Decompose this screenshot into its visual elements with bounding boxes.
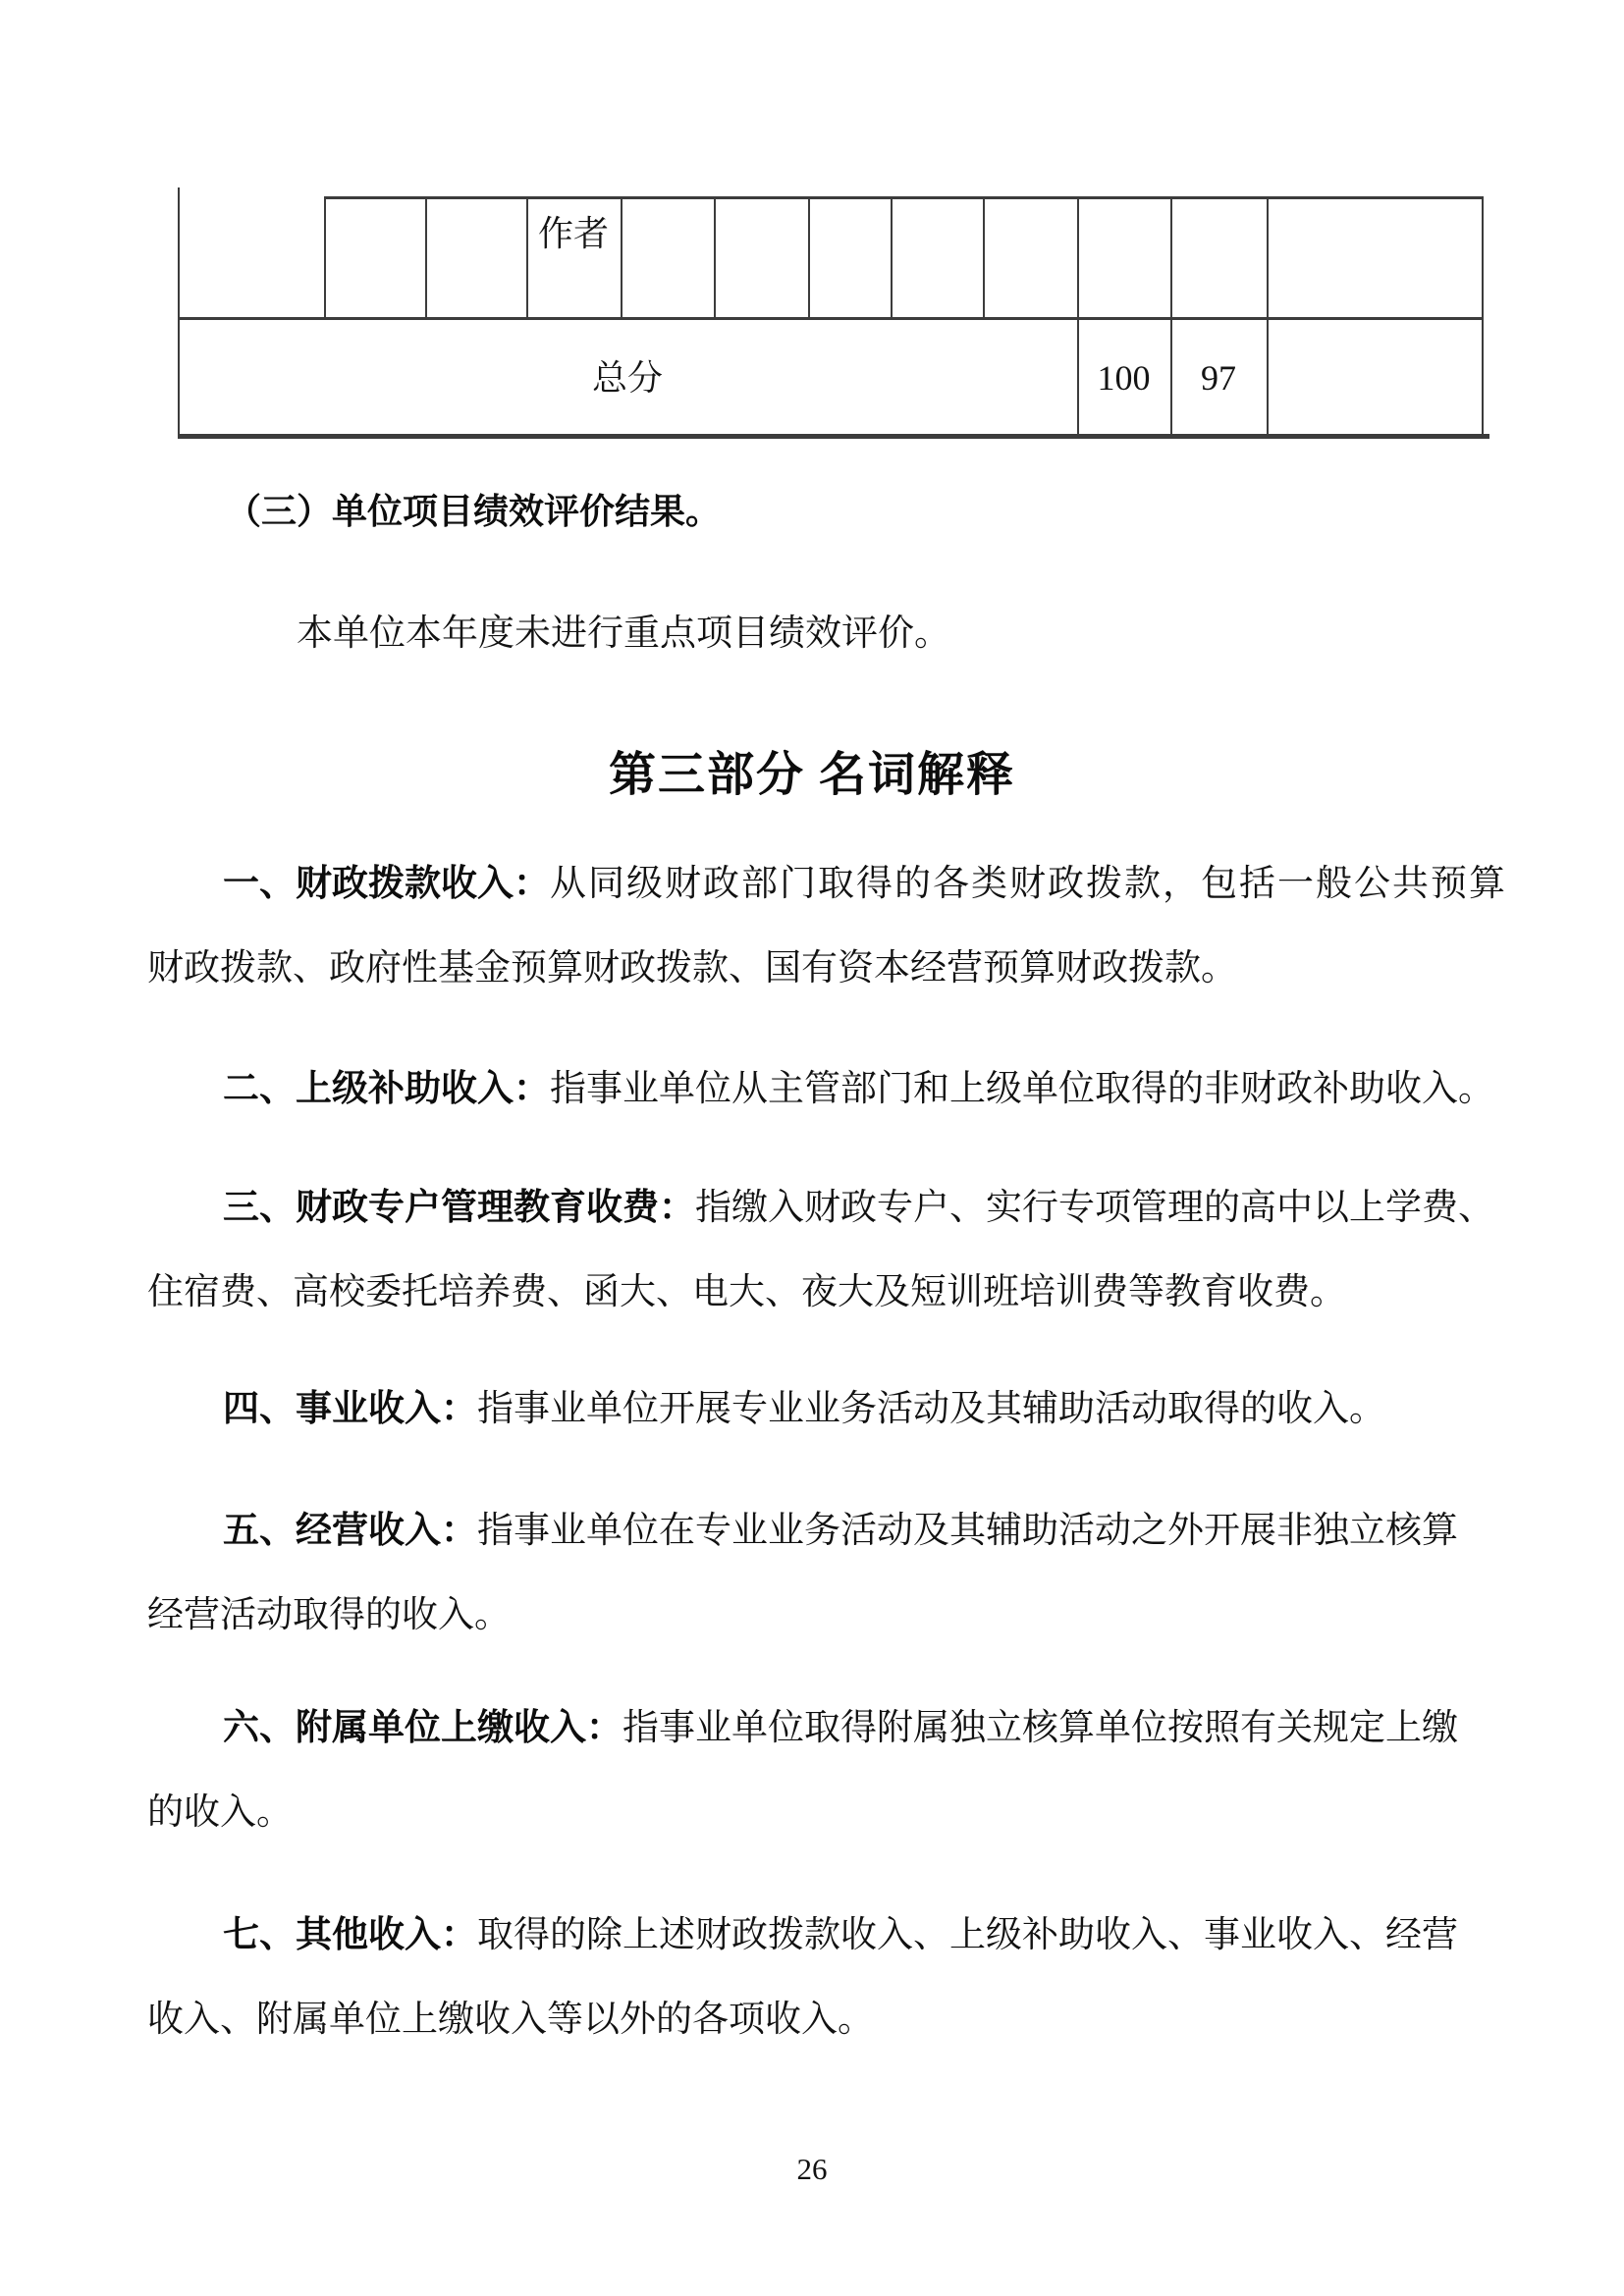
glossary-paragraph-1: 一、财政拨款收入：从同级财政部门取得的各类财政拨款，包括一般公共预算 财政拨款、…: [147, 842, 1522, 1011]
term-label: 六、附属单位上缴收入：: [223, 1708, 623, 1748]
table-gridline: [621, 196, 623, 320]
part3-title: 第三部分 名词解释: [0, 733, 1624, 818]
term-label: 七、其他收入：: [223, 1915, 477, 1955]
term-label: 五、经营收入：: [223, 1511, 477, 1551]
term-definition: 从同级财政部门取得的各类财政拨款，包括一般公共预算: [550, 864, 1507, 904]
glossary-paragraph-5: 五、经营收入：指事业单位在专业业务活动及其辅助活动之外开展非独立核算 经营活动取…: [147, 1489, 1522, 1658]
glossary-line: 六、附属单位上缴收入：指事业单位取得附属独立核算单位按照有关规定上缴: [147, 1686, 1522, 1771]
term-label: 二、上级补助收入：: [223, 1069, 550, 1109]
empty-note-cell: [1267, 317, 1482, 439]
glossary-line: 经营活动取得的收入。: [147, 1574, 1522, 1658]
glossary-line: 七、其他收入：取得的除上述财政拨款收入、上级补助收入、事业收入、经营: [147, 1894, 1522, 1978]
section-heading-item3: （三）单位项目绩效评价结果。: [147, 469, 1522, 554]
glossary-paragraph-6: 六、附属单位上缴收入：指事业单位取得附属独立核算单位按照有关规定上缴 的收入。: [147, 1686, 1522, 1855]
glossary-paragraph-4: 四、事业收入：指事业单位开展专业业务活动及其辅助活动取得的收入。: [147, 1367, 1522, 1452]
table-gridline: [1170, 196, 1172, 320]
term-definition: 取得的除上述财政拨款收入、上级补助收入、事业收入、经营: [477, 1915, 1458, 1955]
table-right-border: [1482, 196, 1484, 439]
glossary-paragraph-2: 二、上级补助收入：指事业单位从主管部门和上级单位取得的非财政补助收入。: [147, 1047, 1522, 1132]
table-gridline: [1267, 196, 1269, 320]
author-cell: 作者: [526, 206, 621, 256]
table-gridline: [425, 196, 427, 320]
actual-score-cell: 97: [1170, 317, 1267, 439]
glossary-line: 住宿费、高校委托培养费、函大、电大、夜大及短训班培训费等教育收费。: [147, 1251, 1522, 1335]
table-gridline: [983, 196, 985, 320]
document-page: 作者 总分 100 97 （三）单位项目绩效评价结果。 本单位本年度未进行重点项…: [0, 0, 1624, 2296]
term-definition: 指缴入财政专户、实行专项管理的高中以上学费、: [695, 1188, 1494, 1228]
glossary-line: 收入、附属单位上缴收入等以外的各项收入。: [147, 1978, 1522, 2062]
term-definition: 指事业单位开展专业业务活动及其辅助活动取得的收入。: [477, 1389, 1385, 1429]
total-score-label-cell: 总分: [178, 317, 1077, 439]
table-gridline: [808, 196, 810, 320]
table-gridline: [714, 196, 716, 320]
glossary-line: 的收入。: [147, 1771, 1522, 1855]
table-gridline: [891, 196, 893, 320]
term-label: 四、事业收入：: [223, 1389, 477, 1429]
glossary-line: 二、上级补助收入：指事业单位从主管部门和上级单位取得的非财政补助收入。: [147, 1047, 1522, 1132]
term-definition: 指事业单位取得附属独立核算单位按照有关规定上缴: [623, 1708, 1458, 1748]
table-gridline: [1077, 196, 1079, 320]
score-table: 作者 总分 100 97: [178, 196, 1484, 439]
glossary-paragraph-7: 七、其他收入：取得的除上述财政拨款收入、上级补助收入、事业收入、经营 收入、附属…: [147, 1894, 1522, 2062]
term-label: 三、财政专户管理教育收费：: [223, 1188, 695, 1228]
glossary-line: 财政拨款、政府性基金预算财政拨款、国有资本经营预算财政拨款。: [147, 927, 1522, 1011]
table-gridline: [324, 196, 326, 320]
glossary-line: 三、财政专户管理教育收费：指缴入财政专户、实行专项管理的高中以上学费、: [147, 1166, 1522, 1251]
glossary-line: 五、经营收入：指事业单位在专业业务活动及其辅助活动之外开展非独立核算: [147, 1489, 1522, 1574]
max-score-cell: 100: [1077, 317, 1170, 439]
glossary-line: 四、事业收入：指事业单位开展专业业务活动及其辅助活动取得的收入。: [147, 1367, 1522, 1452]
term-definition: 指事业单位在专业业务活动及其辅助活动之外开展非独立核算: [477, 1511, 1458, 1551]
page-number: 26: [0, 2148, 1624, 2191]
table-top-border: [324, 196, 1484, 199]
term-label: 一、财政拨款收入：: [223, 864, 550, 904]
glossary-line: 一、财政拨款收入：从同级财政部门取得的各类财政拨款，包括一般公共预算: [147, 842, 1522, 927]
term-definition: 指事业单位从主管部门和上级单位取得的非财政补助收入。: [550, 1069, 1494, 1109]
glossary-paragraph-3: 三、财政专户管理教育收费：指缴入财政专户、实行专项管理的高中以上学费、 住宿费、…: [147, 1166, 1522, 1335]
section-body-item3: 本单位本年度未进行重点项目绩效评价。: [147, 592, 1522, 676]
